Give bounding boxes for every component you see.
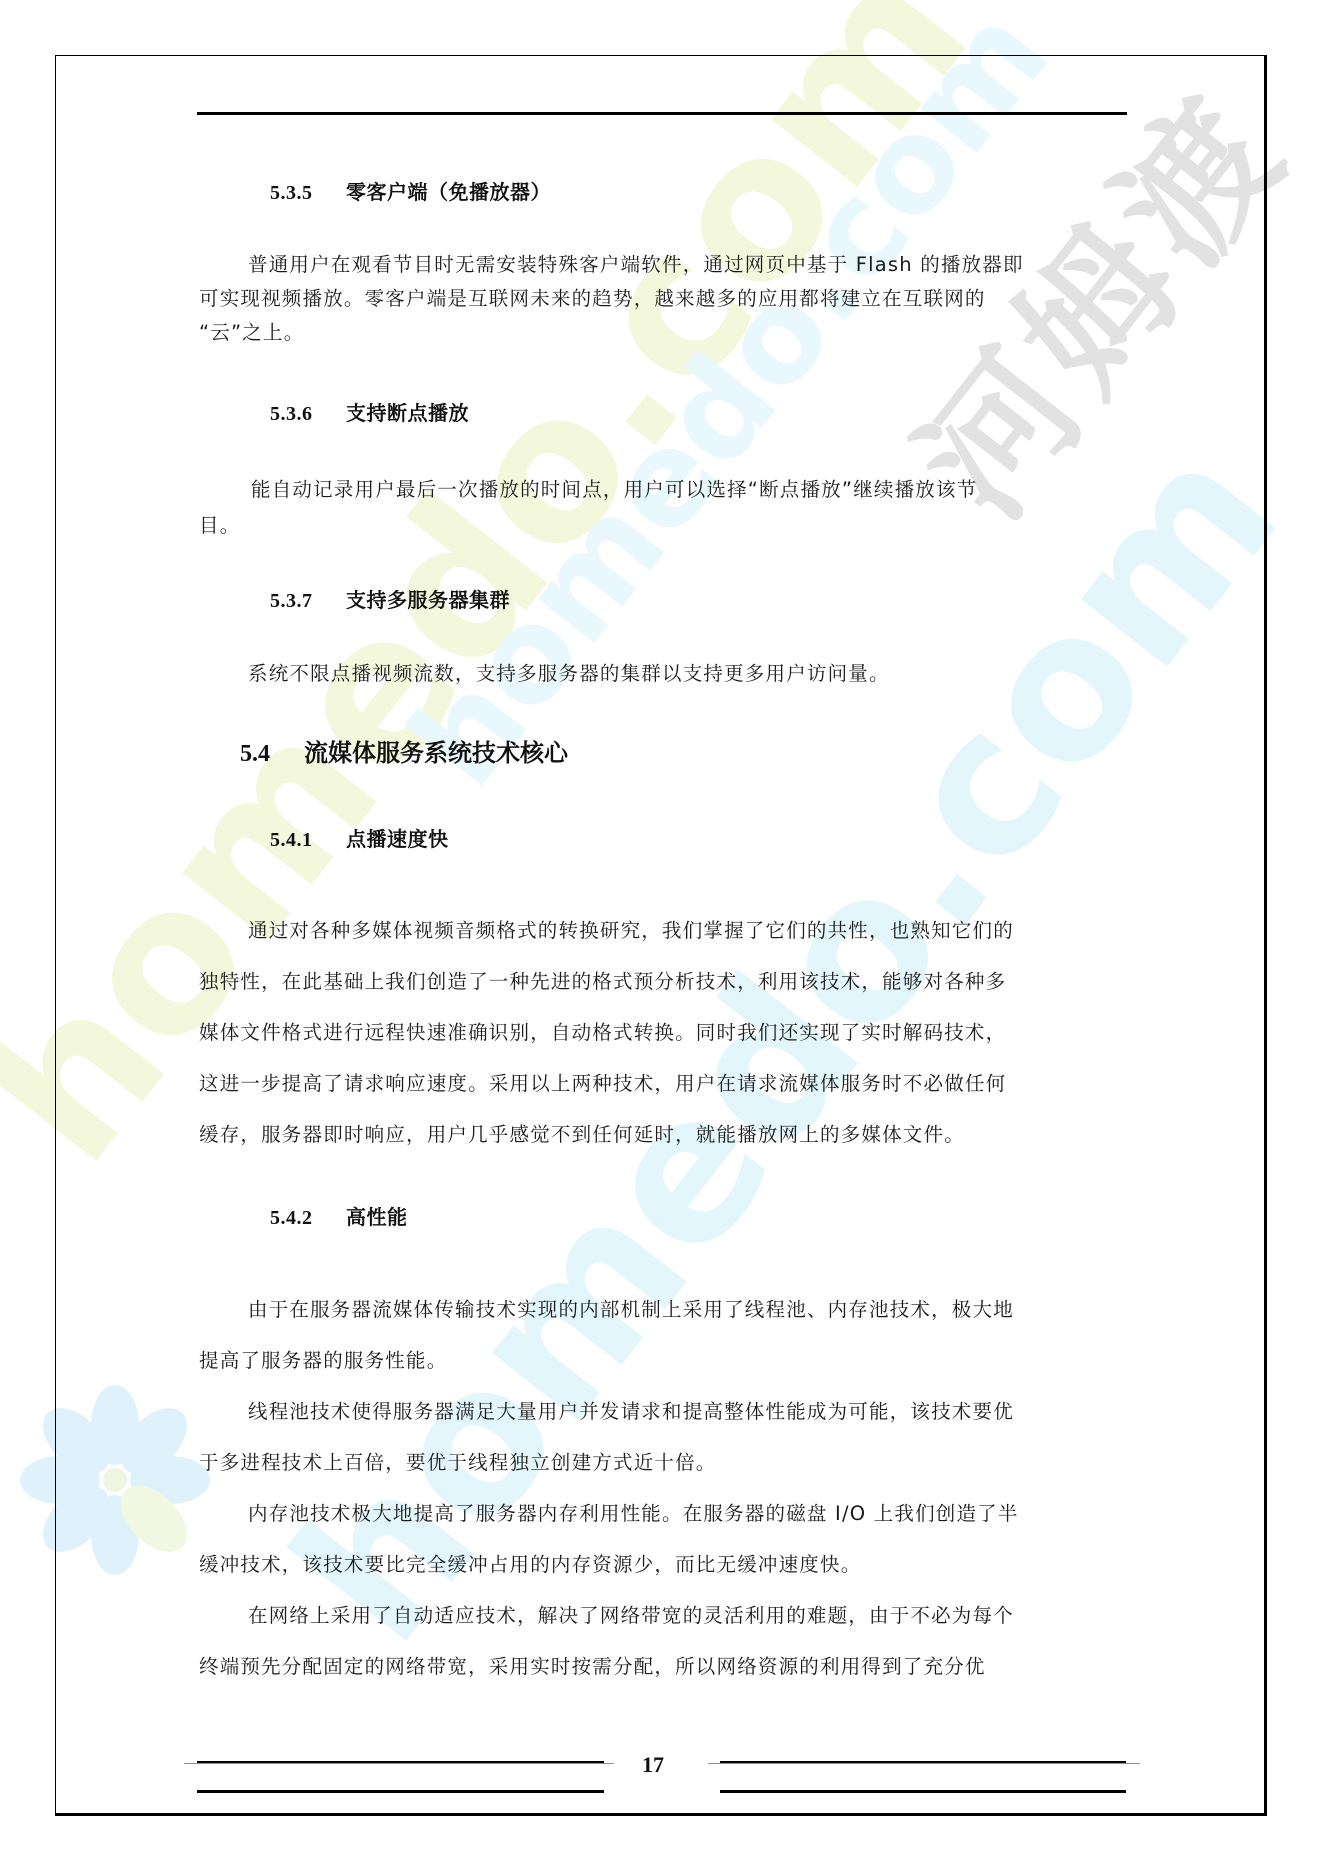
- paragraph: 通过对各种多媒体视频音频格式的转换研究，我们掌握了它们的共性，也熟知它们的 独特…: [199, 905, 1125, 1160]
- text-line: “云”之上。: [199, 316, 1125, 350]
- footer-accent-left: [184, 1763, 614, 1764]
- text-line: 内存池技术极大地提高了服务器内存利用性能。在服务器的磁盘 I/O 上我们创造了半: [199, 1488, 1125, 1539]
- paragraph: 由于在服务器流媒体传输技术实现的内部机制上采用了线程池、内存池技术，极大地 提高…: [199, 1284, 1125, 1692]
- text-line: 线程池技术使得服务器满足大量用户并发请求和提高整体性能成为可能，该技术要优: [199, 1386, 1125, 1437]
- section-number: 5.4.1: [270, 829, 346, 852]
- footer-accent-right: [708, 1763, 1140, 1764]
- text-line: 通过对各种多媒体视频音频格式的转换研究，我们掌握了它们的共性，也熟知它们的: [199, 905, 1125, 956]
- section-number: 5.4: [240, 741, 304, 768]
- text-line: 能自动记录用户最后一次播放的时间点，用户可以选择“断点播放”继续播放该节: [199, 472, 1125, 508]
- footer-rule-left-bottom: [197, 1790, 604, 1793]
- section-title: 零客户端（免播放器）: [346, 182, 551, 204]
- section-heading-5-4-2: 5.4.2高性能: [270, 1201, 408, 1230]
- section-number: 5.3.5: [270, 182, 346, 205]
- text-line: 独特性，在此基础上我们创造了一种先进的格式预分析技术，利用该技术，能够对各种多: [199, 956, 1125, 1007]
- section-heading-5-4: 5.4流媒体服务系统技术核心: [240, 733, 568, 768]
- paragraph: 系统不限点播视频流数，支持多服务器的集群以支持更多用户访问量。: [199, 656, 1125, 692]
- text-line: 终端预先分配固定的网络带宽，采用实时按需分配，所以网络资源的利用得到了充分优: [199, 1641, 1125, 1692]
- text-line: 普通用户在观看节目时无需安装特殊客户端软件，通过网页中基于 Flash 的播放器…: [199, 248, 1125, 282]
- text-line: 系统不限点播视频流数，支持多服务器的集群以支持更多用户访问量。: [199, 656, 1125, 692]
- section-heading-5-3-6: 5.3.6支持断点播放: [270, 397, 469, 426]
- document-body: 5.3.5零客户端（免播放器） 普通用户在观看节目时无需安装特殊客户端软件，通过…: [0, 0, 1323, 1871]
- text-line: 缓存，服务器即时响应，用户几乎感觉不到任何延时，就能播放网上的多媒体文件。: [199, 1109, 1125, 1160]
- section-title: 高性能: [346, 1207, 408, 1229]
- footer-rule-right-bottom: [720, 1790, 1126, 1793]
- section-heading-5-4-1: 5.4.1点播速度快: [270, 823, 449, 852]
- paragraph: 能自动记录用户最后一次播放的时间点，用户可以选择“断点播放”继续播放该节 目。: [199, 472, 1125, 544]
- section-number: 5.3.6: [270, 403, 346, 426]
- text-line: 这进一步提高了请求响应速度。采用以上两种技术，用户在请求流媒体服务时不必做任何: [199, 1058, 1125, 1109]
- section-title: 支持断点播放: [346, 403, 469, 425]
- paragraph: 普通用户在观看节目时无需安装特殊客户端软件，通过网页中基于 Flash 的播放器…: [199, 248, 1125, 350]
- text-line: 可实现视频播放。零客户端是互联网未来的趋势，越来越多的应用都将建立在互联网的: [199, 282, 1125, 316]
- text-line: 在网络上采用了自动适应技术，解决了网络带宽的灵活利用的难题，由于不必为每个: [199, 1590, 1125, 1641]
- text-line: 于多进程技术上百倍，要优于线程独立创建方式近十倍。: [199, 1437, 1125, 1488]
- section-number: 5.4.2: [270, 1207, 346, 1230]
- section-title: 支持多服务器集群: [346, 590, 510, 612]
- section-title: 流媒体服务系统技术核心: [304, 741, 568, 767]
- section-number: 5.3.7: [270, 590, 346, 613]
- text-line: 由于在服务器流媒体传输技术实现的内部机制上采用了线程池、内存池技术，极大地: [199, 1284, 1125, 1335]
- section-title: 点播速度快: [346, 829, 449, 851]
- text-line: 提高了服务器的服务性能。: [199, 1335, 1125, 1386]
- text-line: 媒体文件格式进行远程快速准确识别，自动格式转换。同时我们还实现了实时解码技术，: [199, 1007, 1125, 1058]
- text-line: 目。: [199, 508, 1125, 544]
- section-heading-5-3-7: 5.3.7支持多服务器集群: [270, 584, 510, 613]
- text-line: 缓冲技术，该技术要比完全缓冲占用的内存资源少，而比无缓冲速度快。: [199, 1539, 1125, 1590]
- section-heading-5-3-5: 5.3.5零客户端（免播放器）: [270, 176, 551, 205]
- page-number: 17: [620, 1752, 686, 1778]
